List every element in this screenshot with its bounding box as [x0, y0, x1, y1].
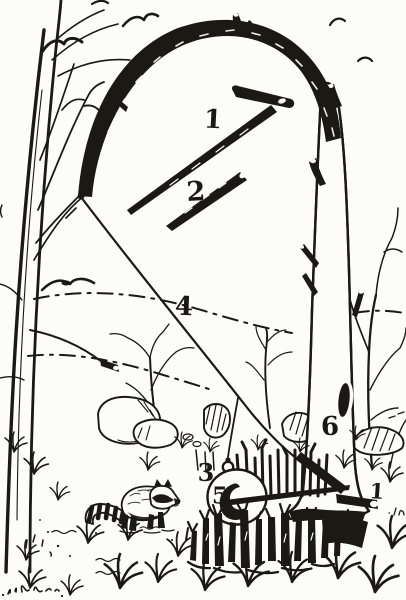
callout-detail-stick-upper: 1 — [203, 107, 222, 134]
illustration-canvas — [0, 0, 406, 600]
callout-detail-stick-lower: 2 — [186, 178, 206, 206]
callout-bait: 5 — [212, 485, 228, 508]
snare-trap-engraving: 1 2 4 3 5 6 1 — [0, 0, 406, 600]
callout-cord: 4 — [175, 294, 194, 321]
callout-tree-trunk: 6 — [321, 414, 340, 441]
callout-base-stake: 1 — [369, 480, 385, 502]
callout-snare-noose: 3 — [198, 461, 215, 485]
